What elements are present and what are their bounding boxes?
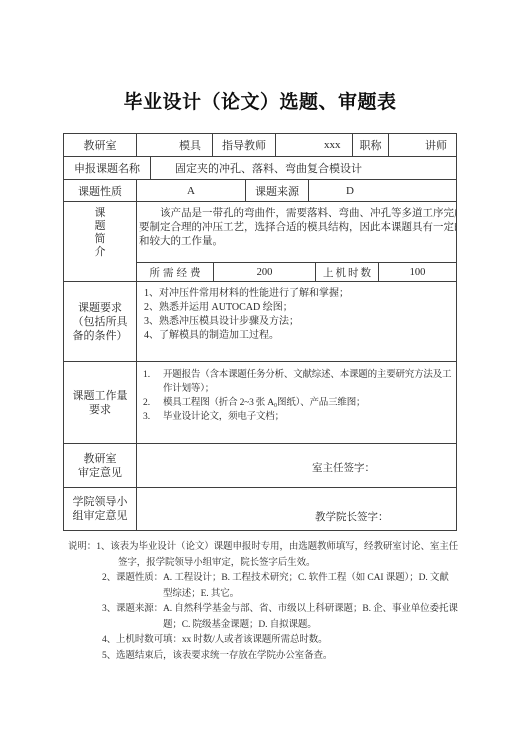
workload-item: 3. 毕业设计论文，须电子文档； <box>137 410 456 424</box>
form-title: 毕业设计（论文）选题、审题表 <box>0 87 520 114</box>
fee-value: 200 <box>213 263 315 281</box>
row-topic-requirements: 课题要求 （包括所具 备的条件） 1、对冲压件常用材料的性能进行了解和掌握； 2… <box>64 281 456 361</box>
topic-name-label: 申报课题名称 <box>64 157 150 179</box>
footnote-line: 签字，报学院领导小组审定，院长签字后生效。 <box>118 556 513 572</box>
topic-name-value: 固定夹的冲孔、落料、弯曲复合模设计 <box>150 157 456 179</box>
footnote-line: 型综述；E. 其它。 <box>163 587 513 603</box>
workload-item-number: 1. <box>143 368 150 382</box>
fee-label: 所需经费 <box>137 263 213 281</box>
footnote-line: 5、选题结束后，该表要求统一存放在学院办公室备查。 <box>102 649 513 665</box>
row-nature-source: 课题性质 A 课题来源 D <box>64 179 456 201</box>
office-review-label: 教研室 审定意见 <box>64 444 136 487</box>
row-college-review: 学院领导小 组审定意见 教学院长签字： <box>64 487 456 530</box>
office-value: 模具 <box>136 134 212 156</box>
row-office-review: 教研室 审定意见 室主任签字： <box>64 443 456 487</box>
workload-item: 1. 开题报告（含本课题任务分析、文献综述、本课题的主要研究方法及工 作计划等）… <box>137 368 456 396</box>
jobtitle-label: 职称 <box>352 134 388 156</box>
topic-nature-value: A <box>136 180 245 201</box>
row-topic-intro: 课 题 简 介 该产品是一带孔的弯曲件，需要落料、弯曲、冲孔等多道工序完成，需 … <box>64 201 456 281</box>
workload-item-text: 毕业设计论文，须电子文档； <box>163 412 284 422</box>
row-topic-name: 申报课题名称 固定夹的冲孔、落料、弯曲复合模设计 <box>64 156 456 179</box>
workload-list: 1. 开题报告（含本课题任务分析、文献综述、本课题的主要研究方法及工 作计划等）… <box>136 362 456 443</box>
workload-label: 课题工作量 要求 <box>64 362 136 443</box>
workload-item: 2. 模具工程图（折合 2~3 张 A₀图纸）、产品三维图； <box>137 396 456 410</box>
workload-item-number: 2. <box>143 396 150 410</box>
row-office-advisor: 教研室 模具 指导教师 xxx 职称 讲师 <box>64 134 456 156</box>
topic-intro-text: 该产品是一带孔的弯曲件，需要落料、弯曲、冲孔等多道工序完成，需 要制定合理的冲压… <box>137 202 456 262</box>
topic-nature-label: 课题性质 <box>64 180 136 201</box>
topic-requirements-list: 1、对冲压件常用材料的性能进行了解和掌握； 2、熟悉并运用 AUTOCAD 绘图… <box>136 282 456 361</box>
topic-requirements-label: 课题要求 （包括所具 备的条件） <box>64 282 136 361</box>
footnote-line: 题；C. 院级基金课题；D. 自拟课题。 <box>163 618 513 634</box>
computer-hours-label: 上机时数 <box>315 263 378 281</box>
document-page: 毕业设计（论文）选题、审题表 教研室 模具 指导教师 xxx 职称 讲师 申报课… <box>0 0 520 734</box>
computer-hours-value: 100 <box>378 263 456 281</box>
college-review-signature: 教学院长签字： <box>136 488 456 530</box>
footnotes: 说明：1、该表为毕业设计（论文）课题申报时专用，由选题教师填写，经教研室讨论、室… <box>68 540 513 664</box>
jobtitle-value: 讲师 <box>388 134 456 156</box>
college-review-label: 学院领导小 组审定意见 <box>64 488 136 530</box>
workload-item-text: 开题报告（含本课题任务分析、文献综述、本课题的主要研究方法及工 作计划等）； <box>163 370 451 394</box>
office-label: 教研室 <box>64 134 136 156</box>
row-workload: 课题工作量 要求 1. 开题报告（含本课题任务分析、文献综述、本课题的主要研究方… <box>64 361 456 443</box>
selection-form-table: 教研室 模具 指导教师 xxx 职称 讲师 申报课题名称 固定夹的冲孔、落料、弯… <box>63 133 457 531</box>
office-review-signature: 室主任签字： <box>136 444 456 487</box>
topic-intro-label: 课 题 简 介 <box>64 202 136 281</box>
footnote-line: 说明：1、该表为毕业设计（论文）课题申报时专用，由选题教师填写，经教研室讨论、室… <box>68 540 513 556</box>
workload-item-text: 模具工程图（折合 2~3 张 A₀图纸）、产品三维图； <box>163 398 365 408</box>
footnote-line: 4、上机时数可填：xx 时数/人或者该课题所需总时数。 <box>102 633 513 649</box>
advisor-label: 指导教师 <box>212 134 275 156</box>
fee-hours-subrow: 所需经费 200 上机时数 100 <box>137 262 456 281</box>
topic-source-label: 课题来源 <box>245 180 308 201</box>
advisor-value: xxx <box>275 134 352 156</box>
topic-intro-content: 该产品是一带孔的弯曲件，需要落料、弯曲、冲孔等多道工序完成，需 要制定合理的冲压… <box>136 202 456 281</box>
footnote-line: 3、课题来源：A. 自然科学基金与部、省、市级以上科研课题；B. 企、事业单位委… <box>102 602 513 618</box>
topic-source-value: D <box>308 180 456 201</box>
workload-item-number: 3. <box>143 410 150 424</box>
footnote-line: 2、课题性质：A. 工程设计；B. 工程技术研究；C. 软件工程（如 CAI 课… <box>102 571 513 587</box>
